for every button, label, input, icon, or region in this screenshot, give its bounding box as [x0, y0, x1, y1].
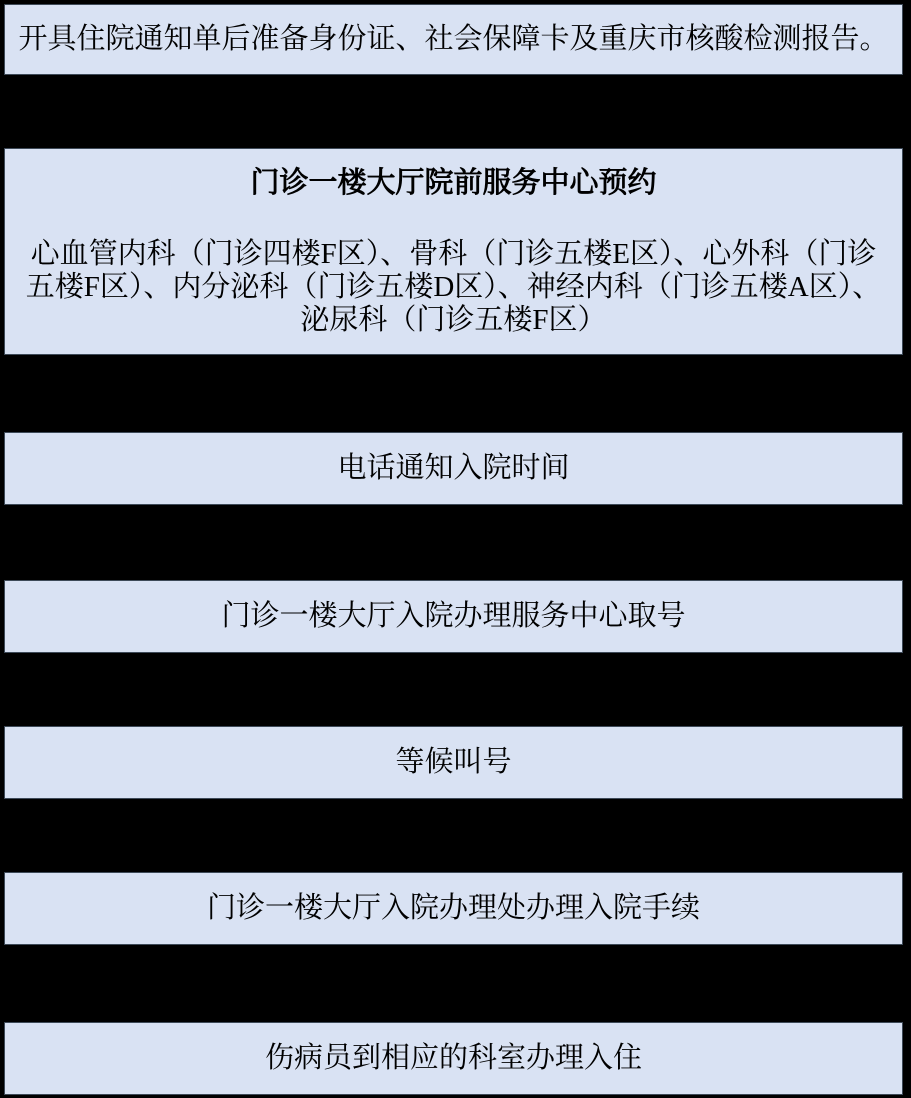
flow-step-go-to-ward: 伤病员到相应的科室办理入住 — [4, 1022, 903, 1095]
flow-step-text: 门诊一楼大厅入院办理处办理入院手续 — [5, 892, 902, 925]
flow-step-phone-notification: 电话通知入院时间 — [4, 432, 903, 505]
admission-flowchart: 开具住院通知单后准备身份证、社会保障卡及重庆市核酸检测报告。 门诊一楼大厅院前服… — [0, 0, 911, 1098]
flow-step-take-number: 门诊一楼大厅入院办理服务中心取号 — [4, 580, 903, 653]
flow-step-text: 门诊一楼大厅入院办理服务中心取号 — [5, 600, 902, 633]
flow-step-admission-procedures: 门诊一楼大厅入院办理处办理入院手续 — [4, 872, 903, 945]
flow-step-pre-admission-appointment: 门诊一楼大厅院前服务中心预约 心血管内科（门诊四楼F区）、骨科（门诊五楼E区）、… — [4, 148, 903, 355]
flow-step-title: 门诊一楼大厅院前服务中心预约 — [250, 167, 656, 200]
flow-step-wait-for-call: 等候叫号 — [4, 726, 903, 799]
flow-step-prepare-documents: 开具住院通知单后准备身份证、社会保障卡及重庆市核酸检测报告。 — [4, 4, 903, 75]
flow-step-text: 电话通知入院时间 — [5, 452, 902, 485]
flow-step-text: 开具住院通知单后准备身份证、社会保障卡及重庆市核酸检测报告。 — [5, 23, 902, 56]
flow-step-text: 等候叫号 — [5, 746, 902, 779]
flow-step-department-list: 心血管内科（门诊四楼F区）、骨科（门诊五楼E区）、心外科（门诊五楼F区）、内分泌… — [22, 238, 885, 337]
flow-step-text: 伤病员到相应的科室办理入住 — [5, 1042, 902, 1075]
